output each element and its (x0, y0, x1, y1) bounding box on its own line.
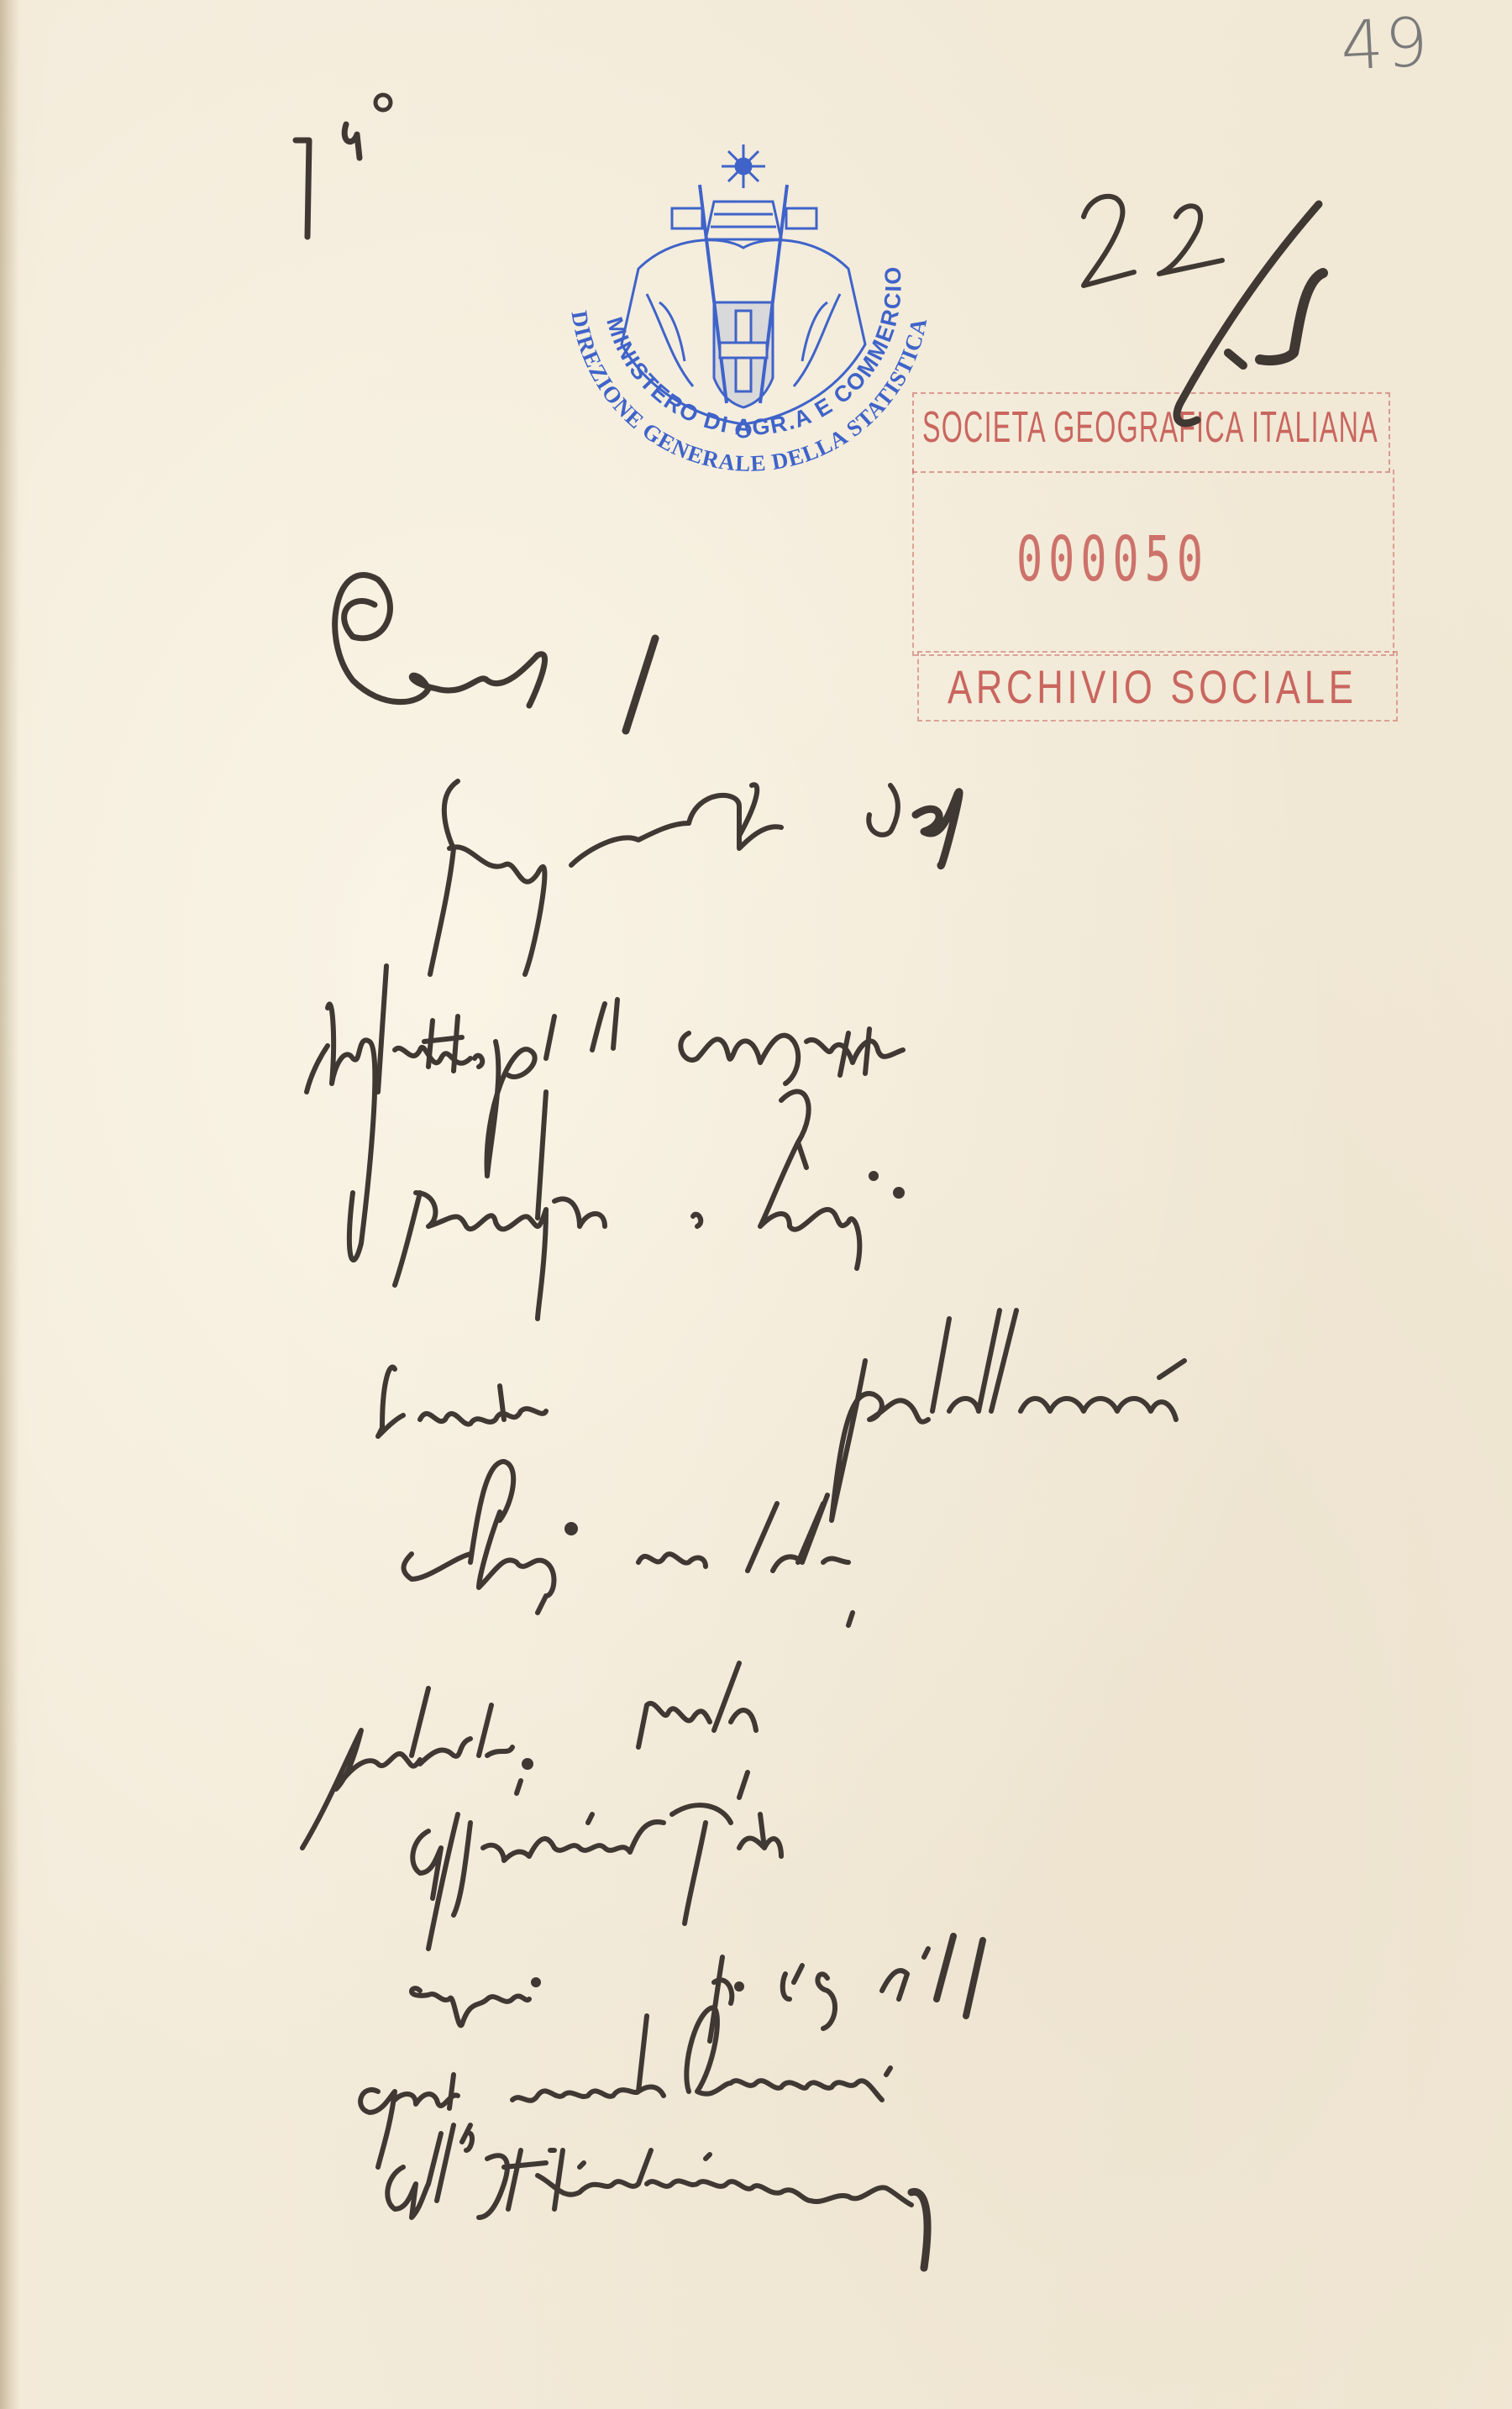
line-7-strokes (412, 1772, 781, 1949)
line-9-strokes (360, 2007, 890, 2167)
stamp-footer: ARCHIVIO SOCIALE (948, 659, 1357, 714)
salutation-strokes (335, 575, 655, 731)
stamp-number: 000050 (1016, 523, 1209, 596)
archive-stamp: SOCIETA GEOGRAFICA ITALIANA 000050 ARCHI… (907, 382, 1394, 722)
ministry-letterhead-seal: MINISTERO DI AGR.A E COMMERCIO DIREZIONE… (546, 134, 941, 504)
line-6-strokes (302, 1663, 756, 1848)
line-2-strokes (307, 966, 903, 1260)
line-4-strokes (378, 1310, 1184, 1520)
letter-page: 49 (0, 0, 1512, 2409)
line-3-strokes (395, 1092, 902, 1319)
archive-page-number: 49 (1339, 3, 1432, 85)
note-79-strokes (296, 95, 391, 237)
line-10-strokes (387, 2125, 927, 2268)
line-5-strokes (404, 1462, 853, 1625)
stamp-header: SOCIETA GEOGRAFICA ITALIANA (922, 402, 1378, 453)
line-8-strokes (412, 1936, 983, 2041)
binding-edge-shadow (0, 0, 18, 2409)
line-1-strokes (430, 781, 959, 974)
